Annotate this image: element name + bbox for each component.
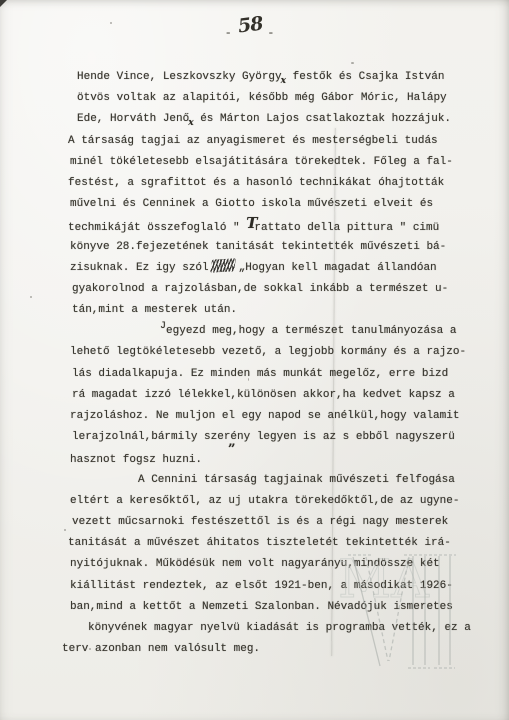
text-line: művelni és Cenninek a Giotto iskola művé… — [0, 194, 509, 215]
text-segment: tán,mint a mesterek után. — [72, 304, 237, 316]
text-segment: rattato della pittura " cimü — [254, 222, 439, 234]
text-segment: kiállitást rendeztek, az elsőt 1921-ben,… — [70, 580, 453, 592]
text-line: lehető legtökéletesebb vezető, a legjobb… — [0, 342, 509, 363]
text-line: Ede, Horváth Jenőx és Márton Lajos csatl… — [0, 109, 509, 130]
text-line: eltért a keresőktől, az uj utakra töreke… — [0, 491, 509, 512]
text-line: zisuknak. Ez igy szól„Hogyan kell magada… — [0, 258, 509, 279]
text-line: kiállitást rendeztek, az elsőt 1921-ben,… — [0, 576, 509, 597]
text-segment: könyve 28.fejezetének tanitását tekintet… — [70, 241, 446, 253]
text-line: gyakorolnod a rajzolásban,de sokkal inká… — [0, 279, 509, 300]
text-line: rajzoláshoz. Ne muljon el egy napod se a… — [0, 406, 509, 427]
text-segment: ötvös voltak az alapitói, később még Gáb… — [77, 92, 447, 104]
text-segment: zisuknak. Ez igy szól — [70, 262, 209, 274]
paper-speck — [110, 22, 112, 24]
text-segment: nyitójuknak. Működésük nem volt nagyarán… — [70, 558, 440, 570]
text-segment: eltért a keresőktől, az uj utakra töreke… — [70, 495, 459, 507]
text-line: könyvének magyar nyelvü kiadását is prog… — [0, 618, 509, 639]
text-segment: gyakorolnod a rajzolásban,de sokkal inká… — [72, 283, 448, 295]
text-segment: hasznot fogsz huzni. — [70, 454, 202, 466]
text-segment: könyvének magyar nyelvü kiadását is prog… — [88, 622, 471, 634]
text-segment: „Hogyan kell magadat állandóan — [239, 262, 437, 274]
text-segment: Hende Vince, Leszkovszky György — [77, 71, 282, 83]
text-line: festést, a sgrafittot és a hasonló techn… — [0, 173, 509, 194]
scribble-mark — [210, 258, 236, 272]
text-line: nyitójuknak. Működésük nem volt nagyarán… — [0, 554, 509, 575]
text-segment: rajzoláshoz. Ne muljon el egy napod se a… — [70, 410, 459, 422]
scan-corner-mark — [0, 0, 7, 7]
text-line: ötvös voltak az alapitói, később még Gáb… — [0, 88, 509, 109]
text-segment: egyezd meg,hogy a természet tanulmányozá… — [166, 325, 456, 337]
text-line: A Cennini társaság tagjainak művészeti f… — [0, 470, 509, 491]
text-line: Jegyezd meg,hogy a természet tanulmányoz… — [0, 321, 509, 342]
text-line: A társaság tagjai az anyagismeret és mes… — [0, 131, 509, 152]
page-number-dash-left: - — [225, 26, 233, 40]
text-line: könyve 28.fejezetének tanitását tekintet… — [0, 237, 509, 258]
text-segment: ban,mind a kettőt a Nemzeti Szalonban. N… — [70, 601, 453, 613]
text-segment: rá magadat izzó lélekkel,különösen akkor… — [72, 389, 455, 401]
paper-speck — [351, 62, 354, 64]
text-segment: A Cennini társaság tagjainak művészeti f… — [138, 474, 455, 486]
text-line: minél tökéletesebb elsajátitására töreke… — [0, 152, 509, 173]
text-segment: festők és Csajka István — [286, 71, 444, 83]
handwritten-quote: ” — [228, 439, 235, 460]
text-line: tán,mint a mesterek után. — [0, 300, 509, 321]
text-segment: festést, a sgrafittot és a hasonló techn… — [68, 177, 444, 189]
handwritten-page-number: 58 — [237, 13, 264, 38]
text-segment: tanitását a művészet áhitatos tiszteleté… — [68, 537, 451, 549]
insertion-mark: x — [281, 71, 286, 92]
text-line: tanitását a művészet áhitatos tiszteleté… — [0, 533, 509, 554]
text-segment: lás diadalkapuja. Ez minden más munkát m… — [72, 368, 448, 380]
handwritten-letter: T — [246, 213, 256, 234]
text-segment: vezett műcsarnoki festészettől is és a r… — [72, 516, 448, 528]
text-line: Hende Vince, Leszkovszky Györgyx festők … — [0, 67, 509, 88]
text-line: hasznot fogsz huzni.” — [0, 448, 509, 469]
text-line: lás diadalkapuja. Ez minden más munkát m… — [0, 364, 509, 385]
text-line: rá magadat izzó lélekkel,különösen akkor… — [0, 385, 509, 406]
text-line: lerajzolnál,bármily szerény legyen is az… — [0, 427, 509, 448]
text-line: ban,mind a kettőt a Nemzeti Szalonban. N… — [0, 597, 509, 618]
insertion-mark: x — [188, 113, 193, 134]
scanned-page: - 58 - Hende Vince, Leszkovszky Györgyx … — [0, 0, 509, 720]
text-segment: művelni és Cenninek a Giotto iskola művé… — [70, 198, 433, 210]
text-segment: Ede, Horváth Jenő — [77, 113, 189, 125]
superscript-letter: J — [160, 316, 166, 337]
text-segment: lerajzolnál,bármily szerény legyen is az… — [72, 431, 455, 443]
text-lines: Hende Vince, Leszkovszky Györgyx festők … — [0, 67, 509, 660]
text-segment: és Márton Lajos csatlakoztak hozzájuk. — [194, 113, 451, 125]
text-segment: lehető legtökéletesebb vezető, a legjobb… — [70, 346, 466, 358]
text-segment: terv azonban nem valósult meg. — [62, 643, 260, 655]
page-number-dash-right: - — [267, 26, 275, 40]
text-line: terv azonban nem valósult meg. — [0, 639, 509, 660]
text-segment: A társaság tagjai az anyagismeret és mes… — [68, 135, 438, 147]
text-segment: techmikáját összefoglaló " — [68, 222, 246, 234]
text-line: vezett műcsarnoki festészettől is és a r… — [0, 512, 509, 533]
text-segment: minél tökéletesebb elsajátitására töreke… — [70, 156, 453, 168]
page-number: - 58 - — [205, 12, 295, 40]
text-line: techmikáját összefoglaló " Trattato dell… — [0, 215, 509, 236]
